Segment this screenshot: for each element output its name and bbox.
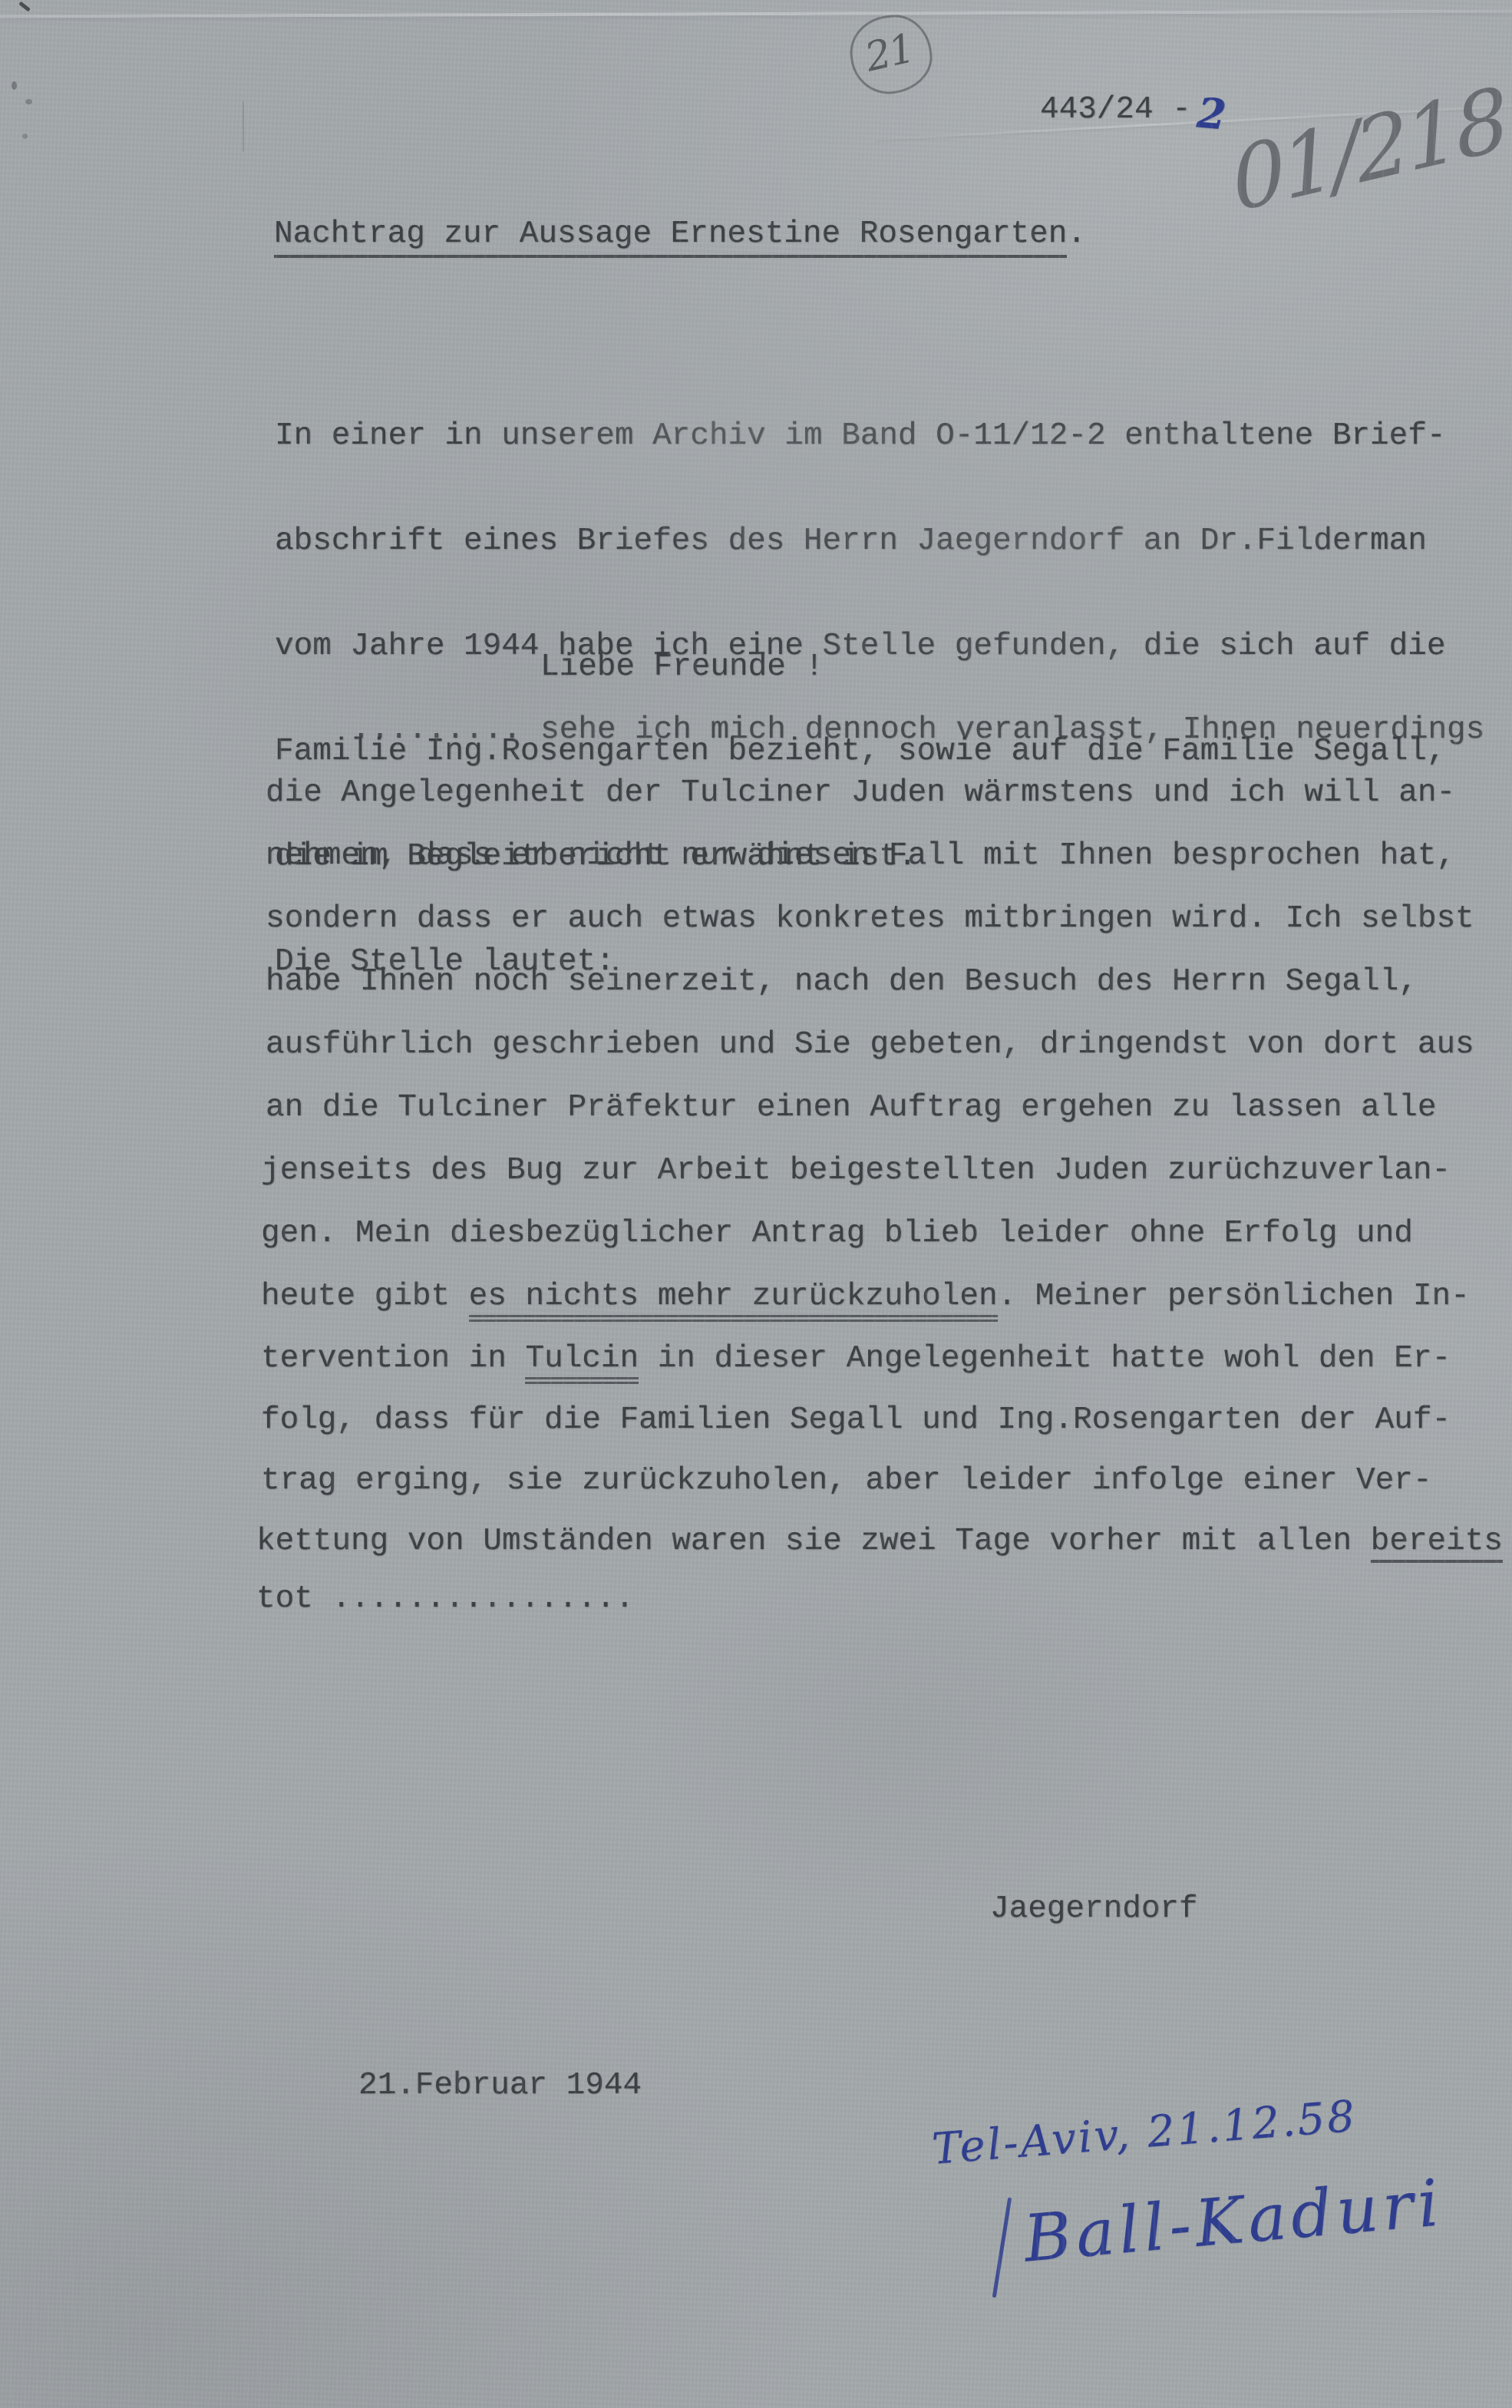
paper-fiber-mark xyxy=(243,101,244,152)
quote-line-14: kettung von Umständen waren sie zwei Tag… xyxy=(256,1523,1503,1560)
quote-line-1: ......... sehe ich mich dennoch veranlas… xyxy=(352,712,1484,748)
quote-text: heute gibt xyxy=(261,1279,469,1314)
quote-text: tervention in xyxy=(261,1341,525,1376)
quote-line-9: gen. Mein diesbezüglicher Antrag blieb l… xyxy=(261,1215,1413,1252)
quote-line-10: heute gibt es nichts mehr zurückzuholen.… xyxy=(261,1278,1470,1315)
quote-line-11: tervention in Tulcin in dieser Angelegen… xyxy=(261,1340,1451,1377)
quote-text: kettung von Umständen waren sie zwei Tag… xyxy=(256,1524,1371,1559)
quote-text: . Meiner persönlichen In- xyxy=(998,1279,1470,1314)
quote-underlined-phrase: es nichts mehr zurückzuholen xyxy=(469,1279,998,1322)
handwritten-date-note: Tel-Aviv, 21.12.58 xyxy=(930,2091,1358,2174)
paper-speck xyxy=(18,2,31,12)
paper-crease-top xyxy=(0,10,1512,18)
intro-line: vom Jahre 1944 habe ich eine Stelle gefu… xyxy=(275,631,1445,662)
paper-speck xyxy=(25,99,32,104)
salutation: Liebe Freunde ! xyxy=(540,649,824,685)
file-number-text: 443/24 - xyxy=(1040,92,1210,127)
quote-text: in dieser Angelegenheit hatte wohl den E… xyxy=(639,1341,1451,1376)
document-title-text: Nachtrag zur Aussage Ernestine Rosengart… xyxy=(274,216,1067,258)
typed-signature: Jaegerndorf xyxy=(990,1891,1198,1927)
quote-line-8: jenseits des Bug zur Arbeit beigestellte… xyxy=(261,1152,1451,1189)
quote-underlined-word: bereits xyxy=(1371,1524,1503,1563)
quote-line-6: ausführlich geschrieben und Sie gebeten,… xyxy=(266,1026,1474,1063)
file-number: 443/24 - xyxy=(1040,91,1210,128)
document-title: Nachtrag zur Aussage Ernestine Rosengart… xyxy=(274,216,1086,253)
quote-line-15: tot ................ xyxy=(256,1581,634,1617)
archive-number: 01/218 xyxy=(1226,69,1511,232)
quote-line-5: habe Ihnen noch seinerzeit, nach den Bes… xyxy=(266,963,1418,1000)
quote-line-2: die Angelegenheit der Tulciner Juden wär… xyxy=(266,775,1455,811)
file-number-handwritten-mark: 2 xyxy=(1195,88,1228,139)
paper-speck xyxy=(12,81,17,90)
signature-flourish xyxy=(992,2197,1012,2297)
quote-line-7: an die Tulciner Präfektur einen Auftrag … xyxy=(266,1089,1436,1126)
quote-line-3: nehmen, dass er nicht nur diesen Fall mi… xyxy=(266,837,1455,874)
handwritten-signature: Ball-Kaduri xyxy=(1021,2165,1446,2276)
quote-line-12: folg, dass für die Familien Segall und I… xyxy=(261,1402,1451,1439)
intro-line: abschrift eines Briefes des Herrn Jaeger… xyxy=(275,526,1445,557)
document-title-period: . xyxy=(1067,216,1086,252)
circled-page-number: 21 xyxy=(861,25,918,81)
quote-line-4: sondern dass er auch etwas konkretes mit… xyxy=(266,900,1474,937)
quote-underlined-word: Tulcin xyxy=(525,1341,639,1384)
document-page: 21 443/24 - 2 01/218 Nachtrag zur Aussag… xyxy=(0,0,1512,2408)
pencil-circle: 21 xyxy=(846,11,936,98)
quote-line-13: trag erging, sie zurückzuholen, aber lei… xyxy=(261,1462,1431,1499)
paper-speck xyxy=(22,134,28,139)
typed-date: 21.Februar 1944 xyxy=(358,2067,642,2104)
intro-paragraph: In einer in unserem Archiv im Band O-11/… xyxy=(275,347,1445,1052)
intro-line: In einer in unserem Archiv im Band O-11/… xyxy=(275,421,1445,452)
